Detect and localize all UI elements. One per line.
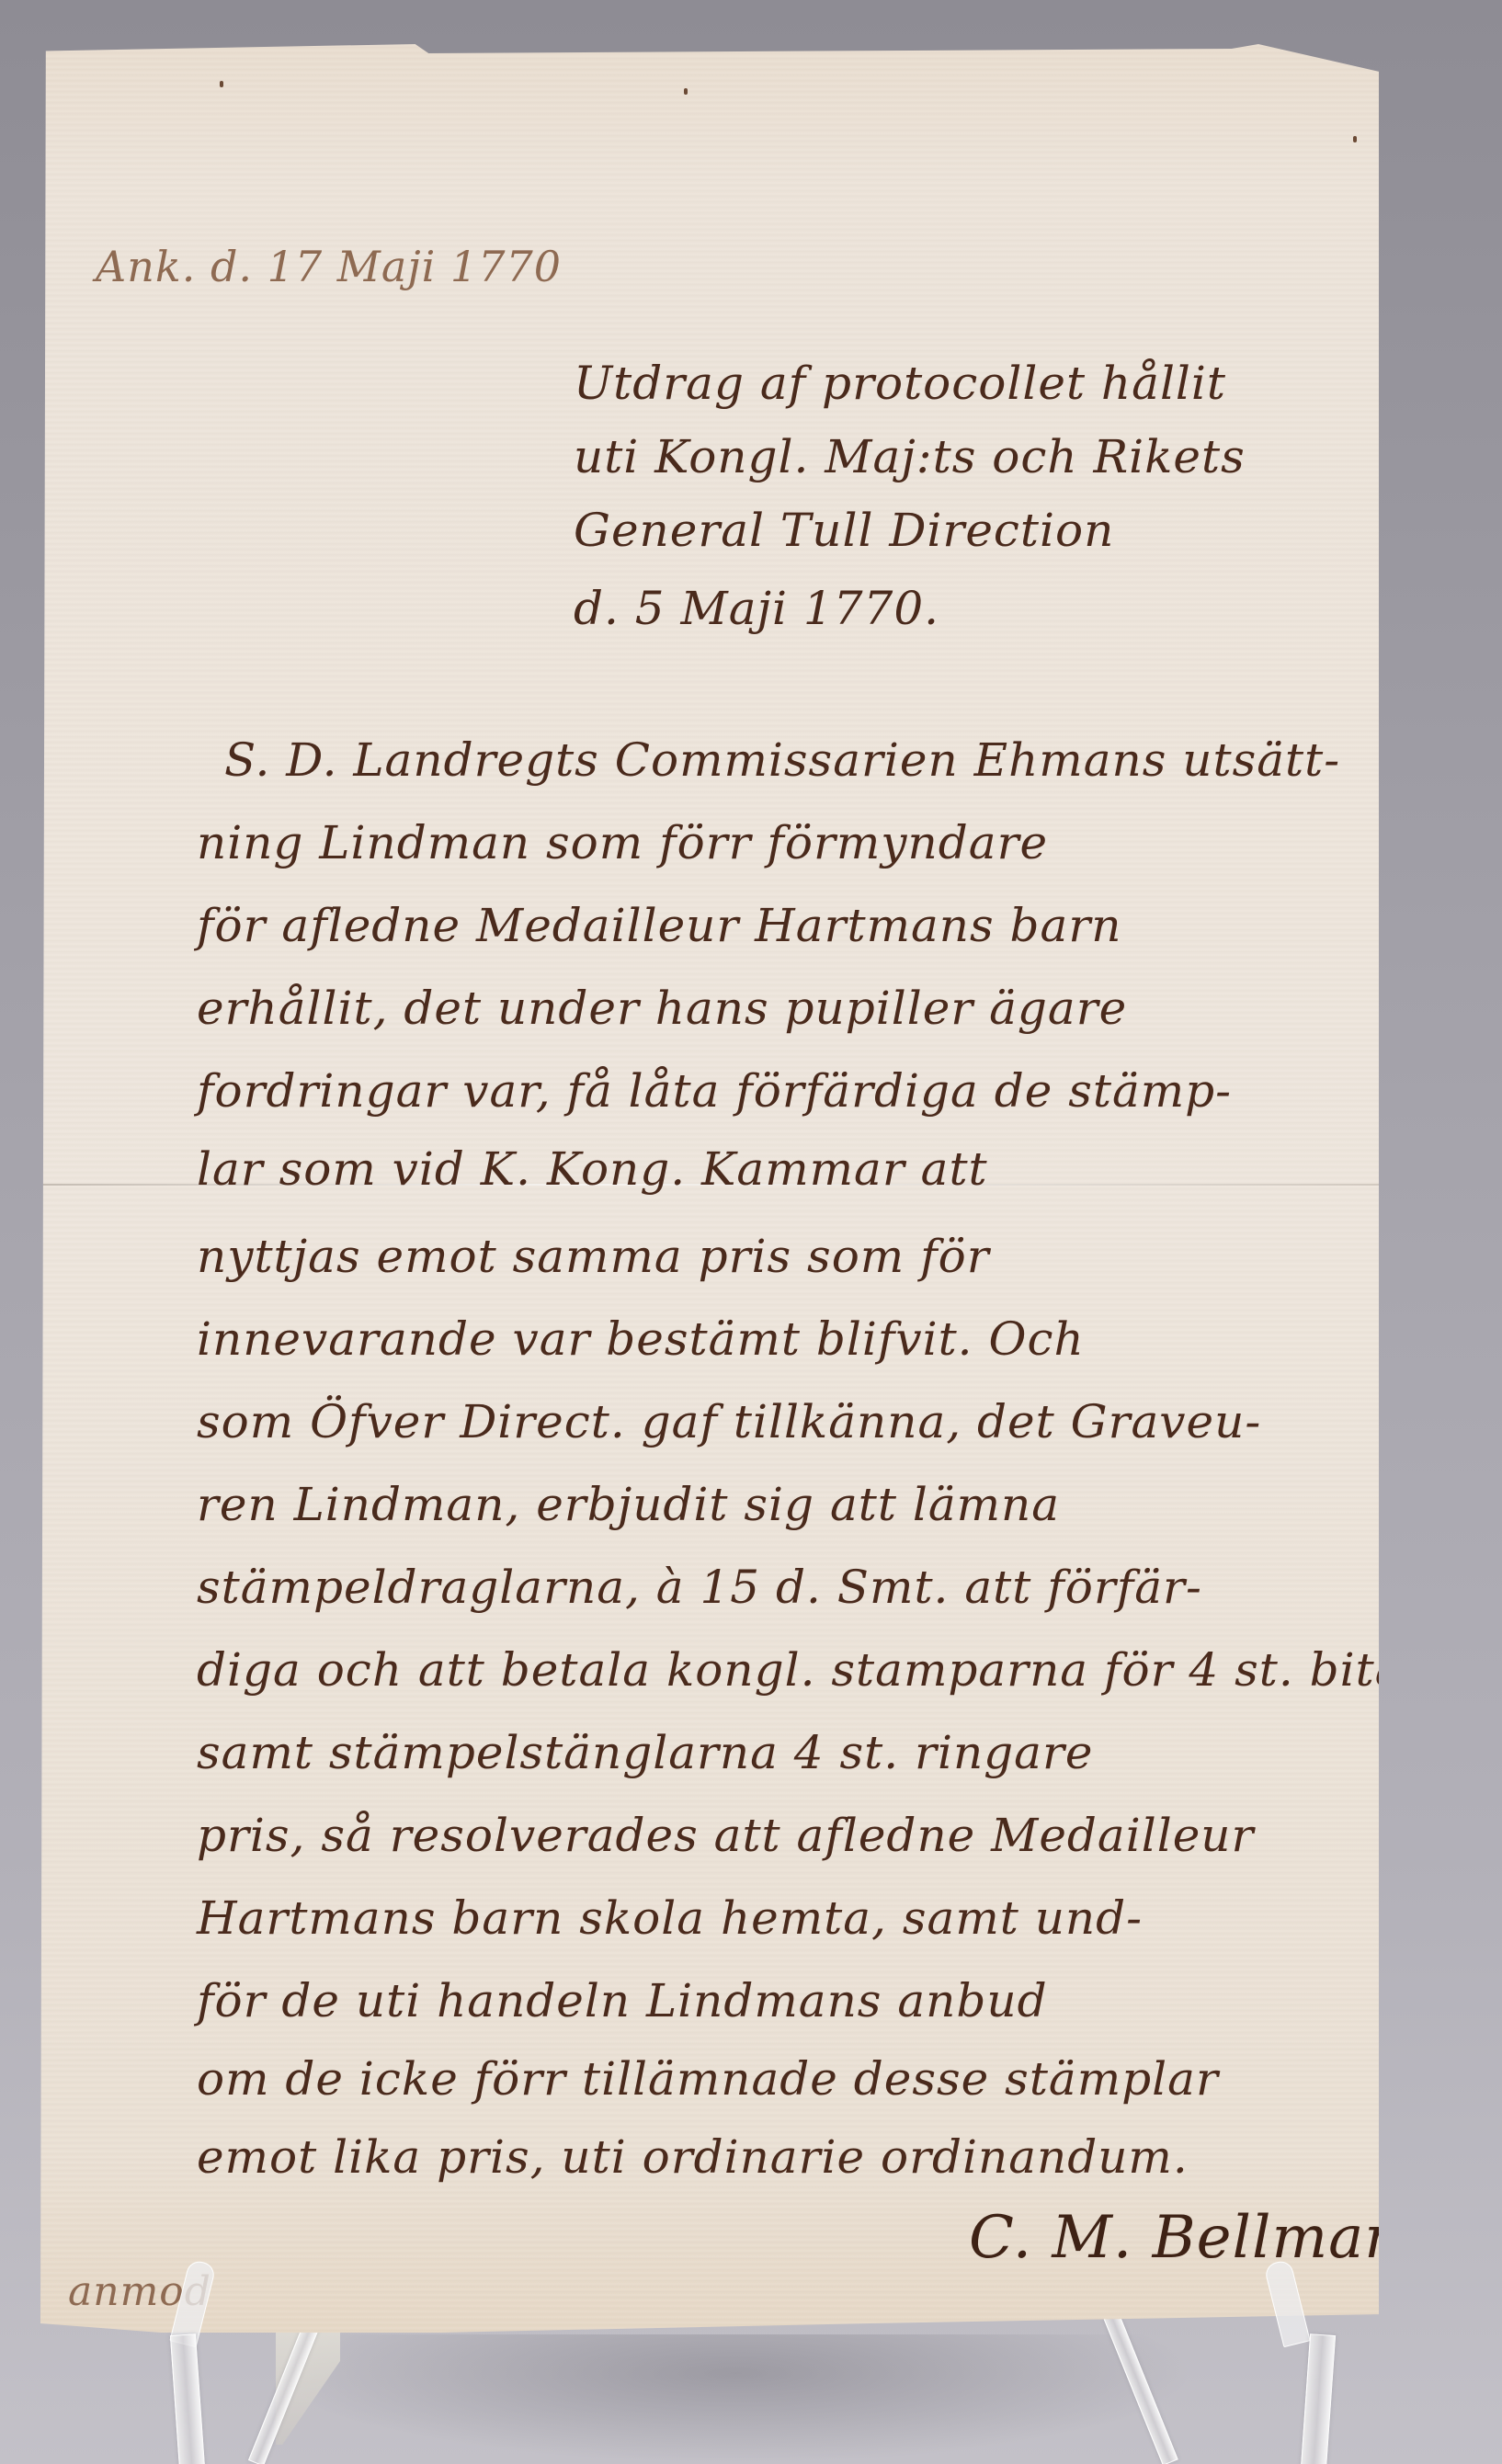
body-line: för de uti handeln Lindmans anbud [197,1974,1048,2027]
stand-shadow [276,2334,1195,2463]
heading-line-4: d. 5 Maji 1770. [574,582,939,635]
paper-speck [684,88,688,95]
stand-leg-left [170,2333,205,2464]
receipt-annotation: Ank. d. 17 Maji 1770 [96,242,562,291]
manuscript-page: Ank. d. 17 Maji 1770 Utdrag af protocoll… [40,44,1379,2333]
paper-speck [220,81,223,87]
body-line: ning Lindman som förr förmyndare [197,816,1048,869]
body-line: pris, så resolverades att afledne Medail… [197,1809,1254,1862]
body-line: samt stämpelstänglarna 4 st. ringare [197,1726,1093,1779]
heading-line-1: Utdrag af protocollet hållit [574,357,1226,410]
body-line: S. D. Landregts Commissarien Ehmans utsä… [224,733,1340,787]
stand-leg-right [1301,2333,1336,2464]
body-line: för afledne Medailleur Hartmans barn [197,899,1121,952]
body-line: ren Lindman, erbjudit sig att lämna [197,1478,1060,1531]
body-line: Hartmans barn skola hemta, samt und- [197,1891,1143,1945]
heading-line-3: General Tull Direction [574,504,1114,557]
body-line: fordringar var, få låta förfärdiga de st… [197,1064,1232,1118]
body-line: som Öfver Direct. gaf tillkänna, det Gra… [197,1395,1261,1448]
signature: C. M. Bellman [969,2204,1404,2272]
body-line: om de icke förr tillämnade desse stämpla… [197,2052,1219,2106]
paper-speck [1353,136,1357,142]
body-line: stämpeldraglarna, à 15 d. Smt. att förfä… [197,1561,1202,1614]
body-line: emot lika pris, uti ordinarie ordinandum… [197,2130,1189,2184]
body-line: lar som vid K. Kong. Kammar att [197,1142,988,1196]
heading-line-2: uti Kongl. Maj:ts och Rikets [574,430,1246,483]
body-line: nyttjas emot samma pris som för [197,1230,990,1283]
body-line: diga och att betala kongl. stamparna för… [197,1643,1426,1697]
body-line: innevarande var bestämt blifvit. Och [197,1312,1085,1366]
body-line: erhållit, det under hans pupiller ägare [197,982,1127,1035]
